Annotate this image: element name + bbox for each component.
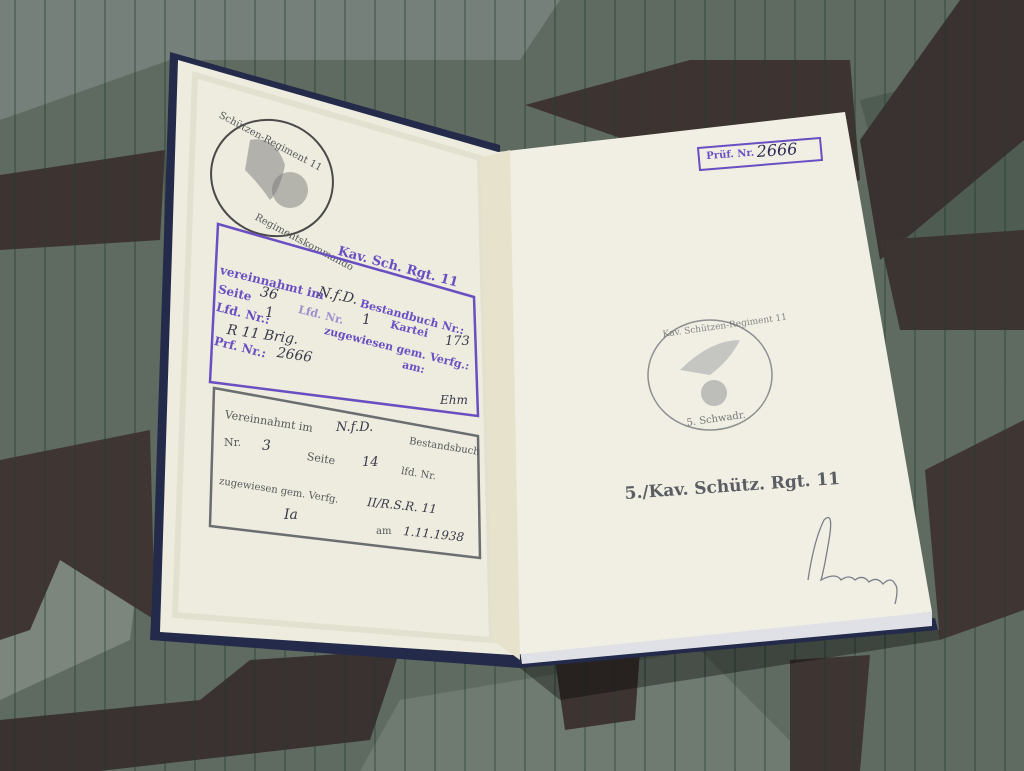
open-book: Schützen-Regiment 11 Regimentskommando K… — [0, 0, 1024, 771]
signature: Zeuberbetz — [822, 580, 828, 581]
signature-stroke — [0, 0, 1024, 771]
